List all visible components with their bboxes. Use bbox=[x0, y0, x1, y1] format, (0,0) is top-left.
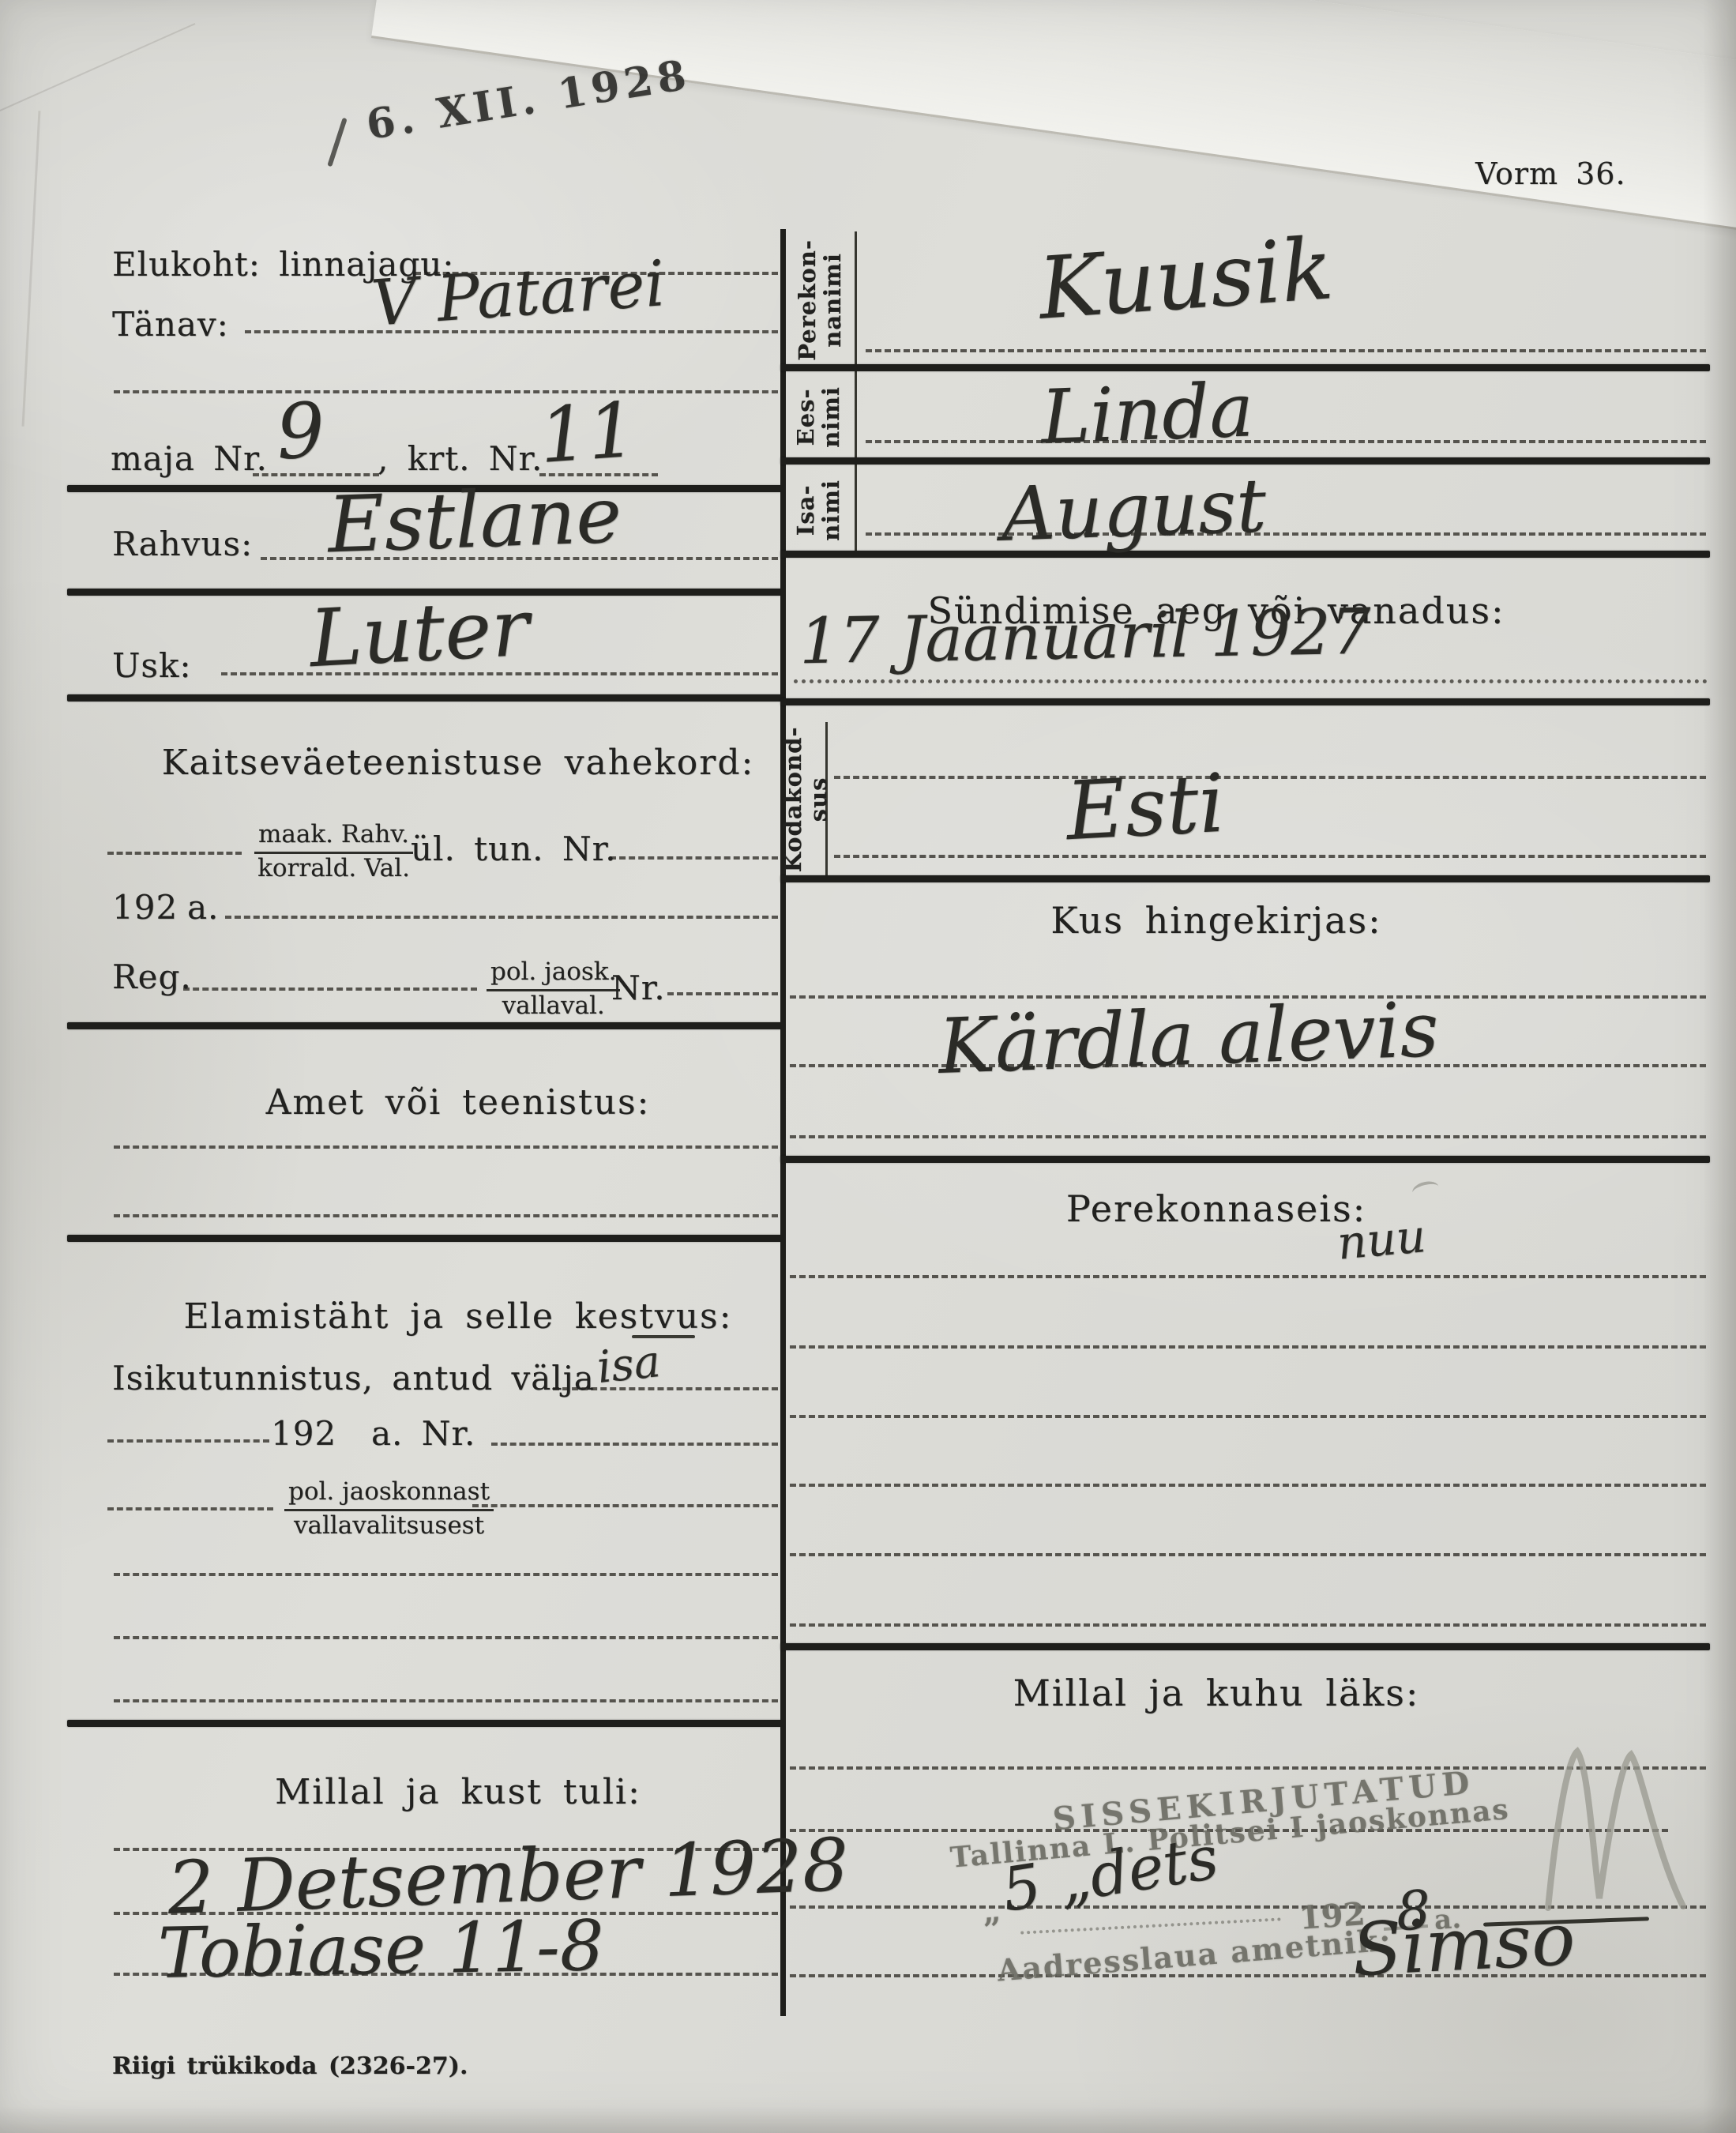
registration-stamp-dots bbox=[1020, 1917, 1281, 1934]
line-full-4 bbox=[114, 1699, 778, 1702]
line-isanimi bbox=[866, 532, 1706, 536]
rahvus-value: Estlane bbox=[326, 477, 622, 565]
a-label: a. bbox=[187, 888, 219, 927]
line-amet-1 bbox=[114, 1145, 778, 1149]
reg-label: Reg. bbox=[112, 957, 192, 996]
scan-edge-right bbox=[1703, 0, 1736, 2133]
rule-3 bbox=[67, 694, 782, 702]
isanimi-label-line2: nimi bbox=[818, 480, 844, 541]
line-seis-4 bbox=[790, 1484, 1706, 1487]
line-eesnimi bbox=[866, 440, 1706, 443]
date-received-stamp: 6. XII. 1928 bbox=[363, 51, 694, 149]
line-perekonnanimi bbox=[866, 349, 1706, 352]
vallavalitsusest-label: vallavalitsusest bbox=[284, 1511, 494, 1540]
isanimi-value: August bbox=[1000, 469, 1267, 553]
maja-value: 9 bbox=[275, 392, 327, 470]
line-seis-5 bbox=[790, 1553, 1706, 1556]
tanav-label: Tänav: bbox=[112, 305, 229, 344]
vallaval-label: vallaval. bbox=[487, 991, 620, 1021]
crease-top-left bbox=[0, 23, 195, 121]
isanimi-label-line1: Isa- bbox=[793, 485, 818, 536]
line-maak-left bbox=[107, 852, 242, 855]
rule-r3 bbox=[780, 551, 1710, 558]
ul-tun-nr-label: ül. tun. Nr. bbox=[411, 829, 616, 868]
pol-jaoskonnast-label: pol. jaoskonnast bbox=[284, 1477, 494, 1511]
year-192-label: 192 bbox=[112, 888, 178, 927]
scan-edge-bottom bbox=[0, 2106, 1736, 2133]
isanimi-label: Isa- nimi bbox=[785, 465, 851, 556]
line-seis-3 bbox=[790, 1415, 1706, 1418]
line-seis-6 bbox=[790, 1623, 1706, 1627]
usk-value: Luter bbox=[308, 589, 532, 679]
laks-heading: Millal ja kuhu läks: bbox=[790, 1672, 1643, 1714]
elamistaht-heading: Elamistäht ja selle kestvus: bbox=[118, 1296, 798, 1337]
tuli-value-2: Tobiase 11-8 bbox=[157, 1911, 604, 1988]
line-ultun-right bbox=[610, 856, 778, 860]
perekonnanimi-value: Kuusik bbox=[1036, 227, 1336, 333]
nr-label: Nr. bbox=[611, 969, 666, 1007]
amet-heading: Amet või teenistus: bbox=[118, 1082, 798, 1123]
kodakondsus-label: Kodakond- sus bbox=[775, 726, 836, 873]
line-192b-right bbox=[491, 1443, 778, 1446]
usk-label: Usk: bbox=[112, 646, 192, 685]
line-192a bbox=[225, 916, 778, 919]
kodakondsus-value: Esti bbox=[1064, 764, 1226, 852]
pol-jaoskonnast-fraction: pol. jaoskonnast vallavalitsusest bbox=[284, 1477, 494, 1540]
line-sundimine bbox=[794, 679, 1708, 683]
kaitse-heading: Kaitseväeteenistuse vahekord: bbox=[118, 743, 798, 783]
perekonnaseis-heading: Perekonnaseis: bbox=[790, 1187, 1643, 1230]
isikutunnistus-label: Isikutunnistus, antud välja bbox=[112, 1359, 595, 1398]
line-koda-2 bbox=[834, 855, 1706, 858]
maak-rahv-label: maak. Rahv. bbox=[254, 820, 413, 854]
pol-jaosk-fraction: pol. jaosk. vallaval. bbox=[487, 957, 620, 1020]
eesnimi-label-line2: nimi bbox=[818, 386, 844, 448]
perekonnanimi-label-line1: Perekon- bbox=[795, 239, 820, 361]
year-192b-label: 192 bbox=[271, 1414, 336, 1453]
pol-jaosk-label: pol. jaosk. bbox=[487, 957, 620, 991]
line-jaosk-right bbox=[472, 1504, 778, 1507]
pencil-mark bbox=[1536, 1734, 1694, 1920]
krt-label: , krt. Nr. bbox=[378, 439, 543, 478]
fold-crease-top-right bbox=[371, 0, 1736, 252]
rule-r4 bbox=[780, 698, 1710, 705]
maja-label: maja Nr. bbox=[111, 439, 268, 478]
hingekiri-value: Kärdla alevis bbox=[938, 991, 1441, 1085]
perekonnanimi-label-line2: nanimi bbox=[820, 253, 845, 348]
rule-5 bbox=[67, 1235, 782, 1242]
hingekiri-heading: Kus hingekirjas: bbox=[790, 899, 1643, 942]
eesnimi-value: Linda bbox=[1039, 374, 1254, 455]
printer-footer: Riigi trükikoda (2326-27). bbox=[112, 2052, 468, 2080]
stamp-stray-mark bbox=[327, 118, 347, 167]
line-full-3 bbox=[114, 1636, 778, 1639]
line-jaosk-left bbox=[107, 1507, 273, 1510]
tanav-value: V Patarei bbox=[370, 252, 667, 336]
eesnimi-label: Ees- nimi bbox=[785, 371, 851, 463]
crease-left-edge bbox=[22, 111, 41, 427]
line-reg-nr bbox=[667, 992, 778, 995]
sundimine-value: 17 Jaanuaril 1927 bbox=[798, 600, 1371, 674]
rule-6 bbox=[67, 1720, 782, 1727]
kodakondsus-label-line2: sus bbox=[806, 777, 831, 822]
registration-stamp-quote: „ bbox=[981, 1892, 1002, 1931]
line-192b-left bbox=[107, 1439, 269, 1443]
korrald-val-label: korrald. Val. bbox=[254, 854, 413, 883]
line-hinge-3 bbox=[790, 1135, 1706, 1138]
line-full-1 bbox=[114, 390, 778, 393]
form-number: Vorm 36. bbox=[1475, 156, 1626, 191]
line-amet-2 bbox=[114, 1214, 778, 1217]
line-koda-1 bbox=[834, 776, 1706, 779]
rule-r7 bbox=[780, 1643, 1710, 1650]
a-nr-label: a. Nr. bbox=[371, 1414, 475, 1453]
label-separator-names bbox=[855, 231, 857, 557]
line-seis-1 bbox=[790, 1275, 1706, 1278]
line-reg bbox=[183, 987, 477, 991]
perekonnaseis-value: nuu bbox=[1336, 1213, 1428, 1266]
rule-r6 bbox=[780, 1156, 1710, 1163]
krt-value: 11 bbox=[537, 392, 639, 474]
rule-r5 bbox=[780, 875, 1710, 882]
isikutunnistus-value: isa bbox=[595, 1340, 662, 1390]
maak-rahv-fraction: maak. Rahv. korrald. Val. bbox=[254, 820, 413, 882]
line-seis-2 bbox=[790, 1345, 1706, 1349]
tuli-heading: Millal ja kust tuli: bbox=[118, 1772, 798, 1812]
rahvus-label: Rahvus: bbox=[112, 525, 253, 563]
eesnimi-label-line1: Ees- bbox=[793, 389, 818, 446]
rule-4 bbox=[67, 1022, 782, 1029]
perekonnanimi-label: Perekon- nanimi bbox=[787, 239, 853, 361]
line-full-2 bbox=[114, 1573, 778, 1576]
kodakondsus-label-line1: Kodakond- bbox=[780, 727, 806, 873]
registration-form-page: 6. XII. 1928 Vorm 36. Elukoht: linnajagu… bbox=[0, 0, 1736, 2133]
